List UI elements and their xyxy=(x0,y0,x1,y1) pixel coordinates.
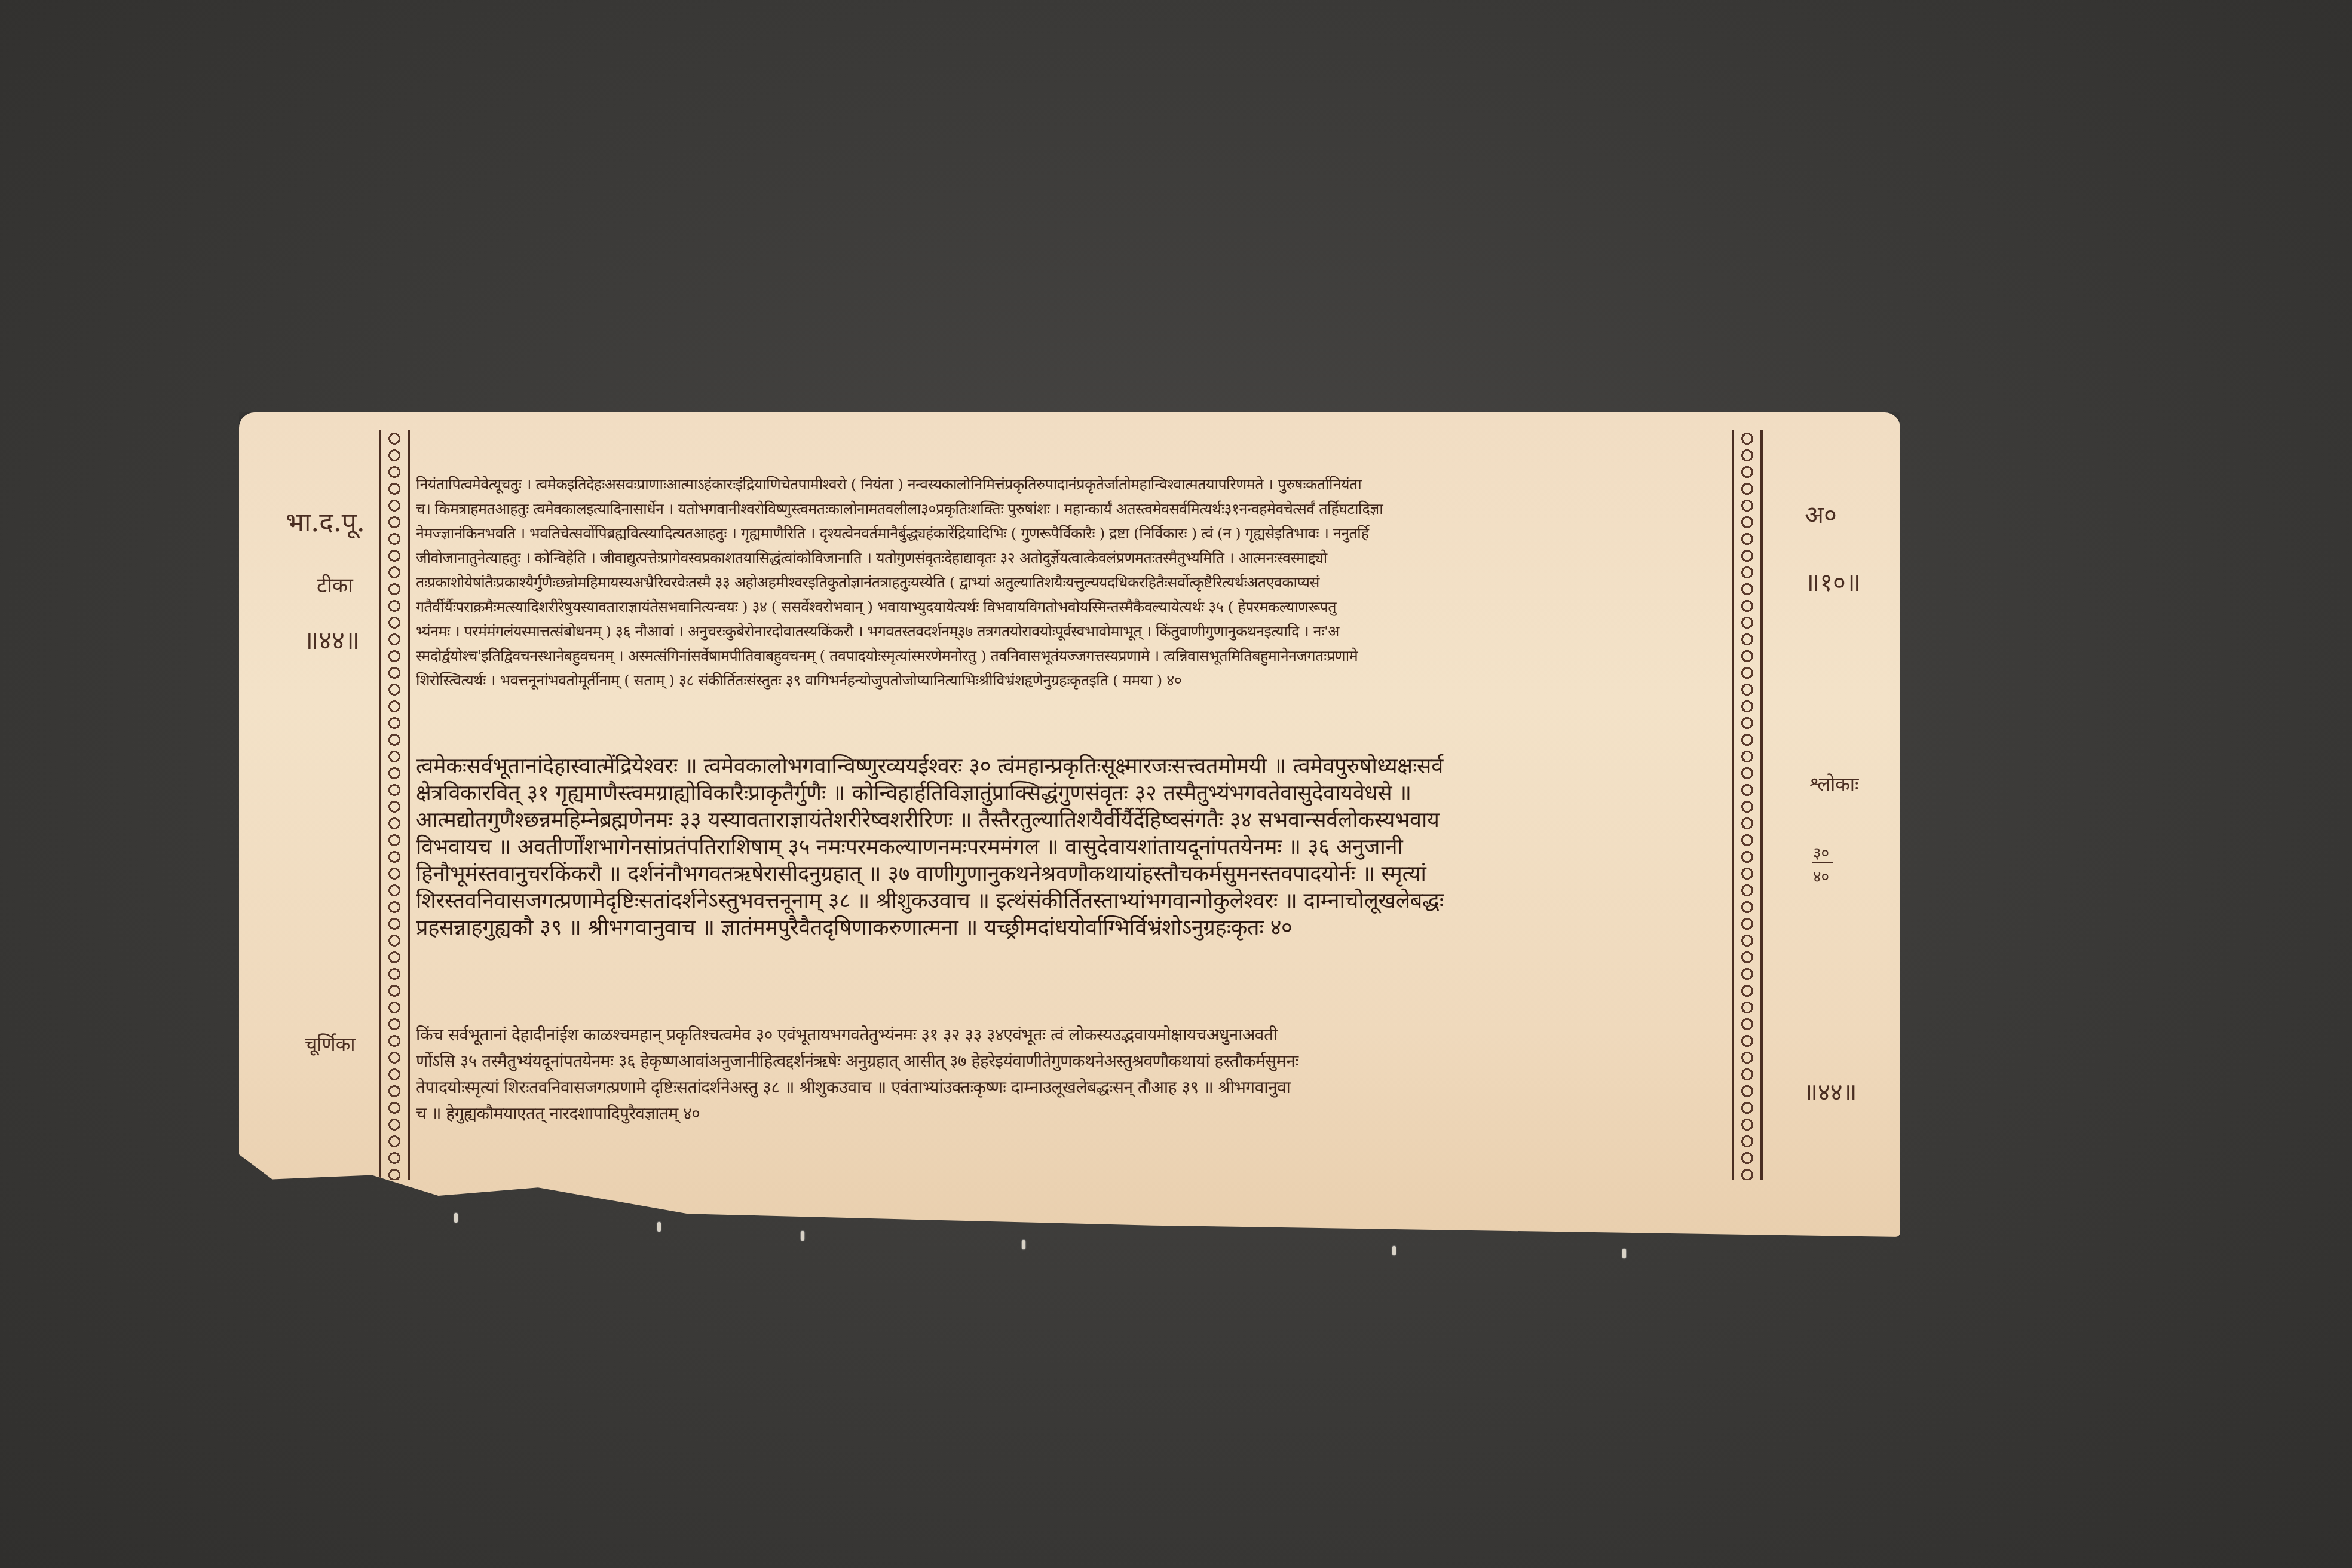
ornamental-border-right xyxy=(1732,430,1763,1180)
churnika-line: च ॥ हेगुह्यकौमयाएतत् नारदशापादिपुरैवज्ञा… xyxy=(416,1101,1727,1127)
fraction-bar xyxy=(1812,862,1833,863)
commentary-top: नियंतापित्वमेवेत्यूचतुः । त्वमेकइतिदेहःअ… xyxy=(416,472,1727,693)
chapter-number: ॥१०॥ xyxy=(1805,565,1861,599)
commentary-line: स्मदोर्द्वयोश्च'इतिद्विवचनस्थानेबहुवचनम्… xyxy=(416,644,1727,668)
churnika-line: र्णोऽसि ३५ तस्मैतुभ्यंयदूनांपतयेनमः ३६ ह… xyxy=(416,1048,1727,1074)
pin xyxy=(1622,1249,1626,1258)
commentary-line: तःप्रकाशोयेषांतैःप्रकाश्यैर्गुणैःछन्नोमह… xyxy=(416,570,1727,595)
churnika-line: तेपादयोःस्मृत्यां शिरःतवनिवासजगत्प्रणामे… xyxy=(416,1074,1727,1101)
verse-line: क्षेत्रविकारवित् ३१ गृह्यमाणैस्त्वमग्राह… xyxy=(416,780,1727,807)
manuscript-page: भा.द.पू. टीका ॥४४॥ चूर्णिका नियंतापित्वम… xyxy=(239,412,1900,1237)
commentary-line: नियंतापित्वमेवेत्यूचतुः । त्वमेकइतिदेहःअ… xyxy=(416,472,1727,497)
verse-line: शिरस्तवनिवासजगत्प्रणामेदृष्टिःसतांदर्शने… xyxy=(416,887,1727,914)
main-verses: त्वमेकःसर्वभूतानांदेहास्वात्मेंद्रियेश्व… xyxy=(416,753,1727,941)
leaf-number-right: ॥४४॥ xyxy=(1803,1074,1857,1107)
verse-line: विभवायच ॥ अवतीर्णोंशभागेनसांप्रतंपतिराशि… xyxy=(416,834,1727,860)
book-title-abbrev: भा.द.पू. xyxy=(286,503,365,539)
shlokas-label: श्लोकाः xyxy=(1809,771,1859,797)
churnika-commentary: किंच सर्वभूतानां देहादीनांईश काळश्चमहान्… xyxy=(416,1022,1727,1127)
shloka-range-start: ३० xyxy=(1813,841,1829,863)
verse-line: आत्मद्योतगुणैश्छन्नमहिम्नेब्रह्मणेनमः ३३… xyxy=(416,807,1727,834)
left-margin: भा.द.पू. टीका ॥४४॥ चूर्णिका xyxy=(239,412,370,1237)
shloka-range-end: ४० xyxy=(1813,865,1829,887)
leaf-number: ॥४४॥ xyxy=(304,623,360,657)
verse-line: प्रहसन्नाहगुह्यकौ ३९ ॥ श्रीभगवानुवाच ॥ ज… xyxy=(416,914,1727,941)
ornamental-border-left xyxy=(379,430,410,1180)
commentary-line: भ्यंनमः । परमंमंगलंयस्मात्तत्संबोधनम् ) … xyxy=(416,619,1727,644)
pin xyxy=(657,1222,661,1232)
text-block: नियंतापित्वमेवेत्यूचतुः । त्वमेकइतिदेहःअ… xyxy=(416,412,1727,1237)
right-margin: अ० ॥१०॥ श्लोकाः ३० ४० ॥४४॥ xyxy=(1769,412,1900,1237)
commentary-line: शिरोस्त्वित्यर्थः । भवत्तनूनांभवतोमूर्ती… xyxy=(416,668,1727,693)
pin xyxy=(1022,1240,1025,1249)
commentary-line: नेमज्ज्ञानंकिनभवति । भवतिचेत्सर्वोपिब्रह… xyxy=(416,521,1727,546)
commentary-line: च। किमत्राहमतआहतुः त्वमेवकालइत्यादिनासार… xyxy=(416,497,1727,521)
pin xyxy=(801,1231,804,1241)
chapter-label: अ० xyxy=(1805,497,1837,531)
churnika-label: चूर्णिका xyxy=(305,1031,356,1056)
commentary-line: जीवोजानातुनेत्याहतुः । कोन्विहेति । जीवा… xyxy=(416,546,1727,570)
verse-line: हिनौभूमंस्तवानुचरकिंकरौ ॥ दर्शनंनौभगवतऋष… xyxy=(416,860,1727,887)
pin xyxy=(1392,1246,1396,1255)
commentary-label: टीका xyxy=(317,571,353,598)
verse-line: त्वमेकःसर्वभूतानांदेहास्वात्मेंद्रियेश्व… xyxy=(416,753,1727,780)
churnika-line: किंच सर्वभूतानां देहादीनांईश काळश्चमहान्… xyxy=(416,1022,1727,1048)
pin xyxy=(454,1213,458,1223)
commentary-line: गतैर्वीर्यैःपराक्रमैःमत्स्यादिशरीरेषुयस्… xyxy=(416,595,1727,619)
